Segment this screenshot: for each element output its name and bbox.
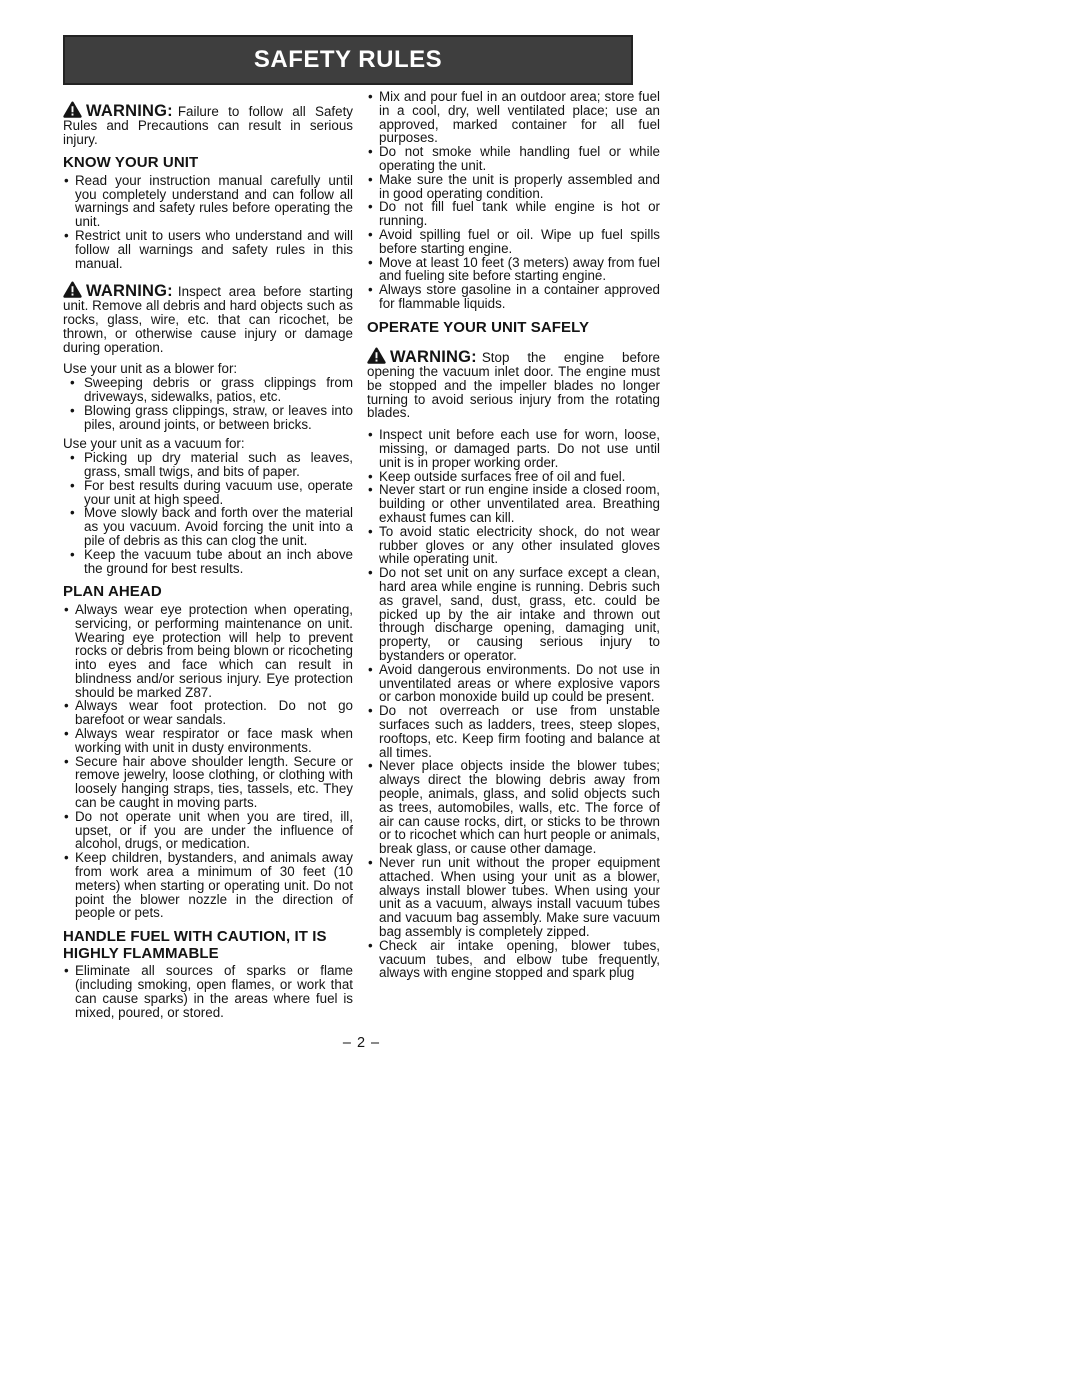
bullet-list: Always wear eye protection when operatin… — [63, 603, 353, 920]
bullet-item: Move slowly back and forth over the mate… — [63, 506, 353, 547]
bullet-list: Read your instruction manual carefully u… — [63, 174, 353, 271]
bullet-item: Do not overreach or use from unstable su… — [367, 704, 660, 759]
bullet-list: Mix and pour fuel in an outdoor area; st… — [367, 90, 660, 311]
warning-note: WARNING:Stop the engine before opening t… — [367, 347, 660, 420]
bullet-item: Blowing grass clippings, straw, or leave… — [63, 404, 353, 432]
bullet-item: Never start or run engine inside a close… — [367, 483, 660, 524]
bullet-item: Secure hair above shoulder length. Secur… — [63, 755, 353, 810]
bullet-item: Do not fill fuel tank while engine is ho… — [367, 200, 660, 228]
bullet-item: Keep outside surfaces free of oil and fu… — [367, 470, 660, 484]
bullet-item: Eliminate all sources of sparks or flame… — [63, 964, 353, 1019]
paragraph: Use your unit as a vacuum for: — [63, 437, 353, 451]
bullet-item: Inspect unit before each use for worn, l… — [367, 428, 660, 469]
right-column: Mix and pour fuel in an outdoor area; st… — [367, 90, 660, 1019]
bullet-item: Read your instruction manual carefully u… — [63, 174, 353, 229]
bullet-item: Keep children, bystanders, and animals a… — [63, 851, 353, 920]
bullet-item: To avoid static electricity shock, do no… — [367, 525, 660, 566]
bullet-item: Avoid spilling fuel or oil. Wipe up fuel… — [367, 228, 660, 256]
bullet-item: Picking up dry material such as leaves, … — [63, 451, 353, 479]
bullet-list: Picking up dry material such as leaves, … — [63, 451, 353, 575]
bullet-item: Check air intake opening, blower tubes, … — [367, 939, 660, 980]
bullet-item: Avoid dangerous environments. Do not use… — [367, 663, 660, 704]
warning-triangle-icon — [367, 347, 386, 364]
bullet-list: Inspect unit before each use for worn, l… — [367, 428, 660, 980]
bullet-item: Do not operate unit when you are tired, … — [63, 810, 353, 851]
document-page: SAFETY RULES WARNING:Failure to follow a… — [63, 35, 660, 1051]
bullet-item: Restrict unit to users who understand an… — [63, 229, 353, 270]
warning-note: WARNING:Inspect area before starting uni… — [63, 281, 353, 354]
section-heading: HANDLE FUEL WITH CAUTION, IT IS HIGHLY F… — [63, 929, 353, 962]
bullet-item: Sweeping debris or grass clippings from … — [63, 376, 353, 404]
bullet-item: Make sure the unit is properly assembled… — [367, 173, 660, 201]
content-columns: WARNING:Failure to follow all Safety Rul… — [63, 90, 660, 1019]
paragraph: Use your unit as a blower for: — [63, 362, 353, 376]
bullet-item: Mix and pour fuel in an outdoor area; st… — [367, 90, 660, 145]
bullet-item: Keep the vacuum tube about an inch above… — [63, 548, 353, 576]
section-heading: OPERATE YOUR UNIT SAFELY — [367, 320, 660, 337]
page-number: – 2 – — [63, 1035, 660, 1051]
bullet-item: For best results during vacuum use, oper… — [63, 479, 353, 507]
bullet-item: Do not set unit on any surface except a … — [367, 566, 660, 663]
section-heading: PLAN AHEAD — [63, 584, 353, 601]
warning-triangle-icon — [63, 101, 82, 118]
bullet-list: Eliminate all sources of sparks or flame… — [63, 964, 353, 1019]
bullet-item: Never run unit without the proper equipm… — [367, 856, 660, 939]
bullet-item: Move at least 10 feet (3 meters) away fr… — [367, 256, 660, 284]
left-column: WARNING:Failure to follow all Safety Rul… — [63, 90, 353, 1019]
page-title: SAFETY RULES — [254, 46, 442, 74]
warning-triangle-icon — [63, 281, 82, 298]
section-heading: KNOW YOUR UNIT — [63, 155, 353, 172]
page-header: SAFETY RULES — [63, 35, 633, 85]
bullet-item: Never place objects inside the blower tu… — [367, 759, 660, 856]
bullet-item: Always wear respirator or face mask when… — [63, 727, 353, 755]
bullet-item: Do not smoke while handling fuel or whil… — [367, 145, 660, 173]
bullet-item: Always store gasoline in a container app… — [367, 283, 660, 311]
bullet-item: Always wear foot protection. Do not go b… — [63, 699, 353, 727]
warning-note: WARNING:Failure to follow all Safety Rul… — [63, 101, 353, 146]
bullet-item: Always wear eye protection when operatin… — [63, 603, 353, 700]
bullet-list: Sweeping debris or grass clippings from … — [63, 376, 353, 431]
